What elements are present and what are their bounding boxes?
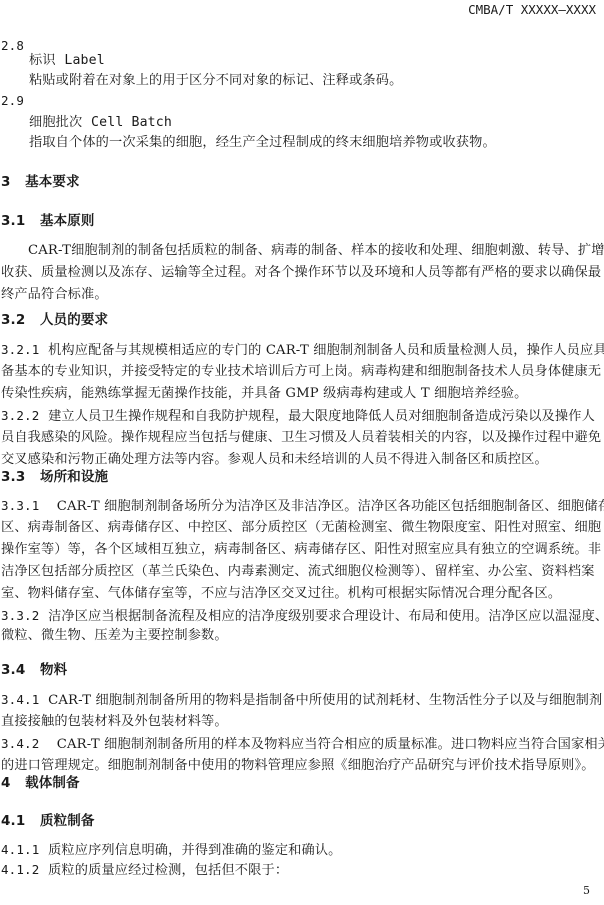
paragraph-line: 洁净区包括部分质控区（革兰氏染色、内毒素测定、流式细胞仪检测等）、留样室、办公室… xyxy=(1,562,595,582)
term-heading: 细胞批次 Cell Batch xyxy=(29,113,172,133)
paragraph-line: 室、物料储存室、气体储存室等，不应与洁净区交叉过往。机构可根据实际情况合理分配各… xyxy=(1,584,561,604)
clause-3-2-1-line: 3.2.1 机构应配备与其规模相适应的专门的 CAR-T 细胞制剂制备人员和质量… xyxy=(1,340,604,361)
clause-3-4-1-line: 3.4.1 CAR-T 细胞制剂制备所用的物料是指制备中所使用的试剂耗材、生物活… xyxy=(1,690,602,711)
term-definition: 粘贴或附着在对象上的用于区分不同对象的标记、注释或条码。 xyxy=(29,71,402,91)
paragraph-line: 的进口管理规定。细胞制剂制备中使用的物料管理应参照《细胞治疗产品研究与评价技术指… xyxy=(1,756,595,776)
section-heading-3: 3 基本要求 xyxy=(1,172,80,192)
term-en: Label xyxy=(64,53,104,68)
paragraph-line: 收获、质量检测以及冻存、运输等全过程。对各个操作环节以及环境和人员等都有严格的要… xyxy=(1,263,601,283)
term-heading: 标识 Label xyxy=(29,51,105,71)
section-heading-3-4: 3.4 物料 xyxy=(1,660,67,680)
document-code: CMBA/T XXXXX—XXXX xyxy=(468,2,596,17)
paragraph-line: 微粒、微生物、压差为主要控制参数。 xyxy=(1,626,228,646)
paragraph-line: 操作室等）等，各个区域相互独立，病毒制备区、病毒储存区、阳性对照室应具有独立的空… xyxy=(1,540,601,560)
section-heading-3-2: 3.2 人员的要求 xyxy=(1,310,108,330)
clause-number: 2.9 xyxy=(1,91,24,111)
paragraph-line: 员自我感染的风险。操作规程应当包括与健康、卫生习惯及人员着装相关的内容，以及操作… xyxy=(1,428,601,448)
clause-3-2-2-line: 3.2.2 建立人员卫生操作规程和自我防护规程，最大限度地降低人员对细胞制备造成… xyxy=(1,406,595,427)
paragraph-line: 备基本的专业知识，并接受特定的专业技术培训后方可上岗。病毒构建和细胞制备技术人员… xyxy=(1,362,601,382)
paragraph-line: CAR-T细胞制剂的制备包括质粒的制备、病毒的制备、样本的接收和处理、细胞刺激、… xyxy=(28,241,604,261)
clause-3-3-2-line: 3.3.2 洁净区应当根据制备流程及相应的洁净度级别要求合理设计、布局和使用。洁… xyxy=(1,606,604,627)
term-cn: 标识 xyxy=(29,53,56,68)
term-definition: 指取自个体的一次采集的细胞，经生产全过程制成的终末细胞培养物或收获物。 xyxy=(29,133,496,153)
clause-number: 2.8 xyxy=(1,36,24,56)
clause-4-1-2-line: 4.1.2 质粒的质量应经过检测，包括但不限于： xyxy=(1,860,288,881)
term-cn: 细胞批次 xyxy=(29,115,82,130)
page-number: 5 xyxy=(583,884,590,897)
section-heading-3-3: 3.3 场所和设施 xyxy=(1,467,108,487)
paragraph-line: 直接接触的包装材料及外包装材料等。 xyxy=(1,712,228,732)
section-heading-3-1: 3.1 基本原则 xyxy=(1,211,95,231)
term-en: Cell Batch xyxy=(91,115,172,130)
section-heading-4: 4 载体制备 xyxy=(1,773,80,793)
paragraph-line: 传染性疾病，能熟练掌握无菌操作技能，并具备 GMP 级病毒构建或人 T 细胞培养… xyxy=(1,384,527,404)
paragraph-line: 区、病毒制备区、病毒储存区、中控区、部分质控区（无菌检测室、微生物限度室、阳性对… xyxy=(1,518,601,538)
section-heading-4-1: 4.1 质粒制备 xyxy=(1,811,95,831)
clause-4-1-1-line: 4.1.1 质粒应序列信息明确，并得到准确的鉴定和确认。 xyxy=(1,840,342,861)
paragraph-line: 终产品符合标准。 xyxy=(1,285,108,305)
clause-3-3-1-line: 3.3.1 CAR-T 细胞制剂制备场所分为洁净区及非洁净区。洁净区各功能区包括… xyxy=(1,496,604,517)
clause-3-4-2-line: 3.4.2 CAR-T 细胞制剂制备所用的样本及物料应当符合相应的质量标准。进口… xyxy=(1,734,604,755)
